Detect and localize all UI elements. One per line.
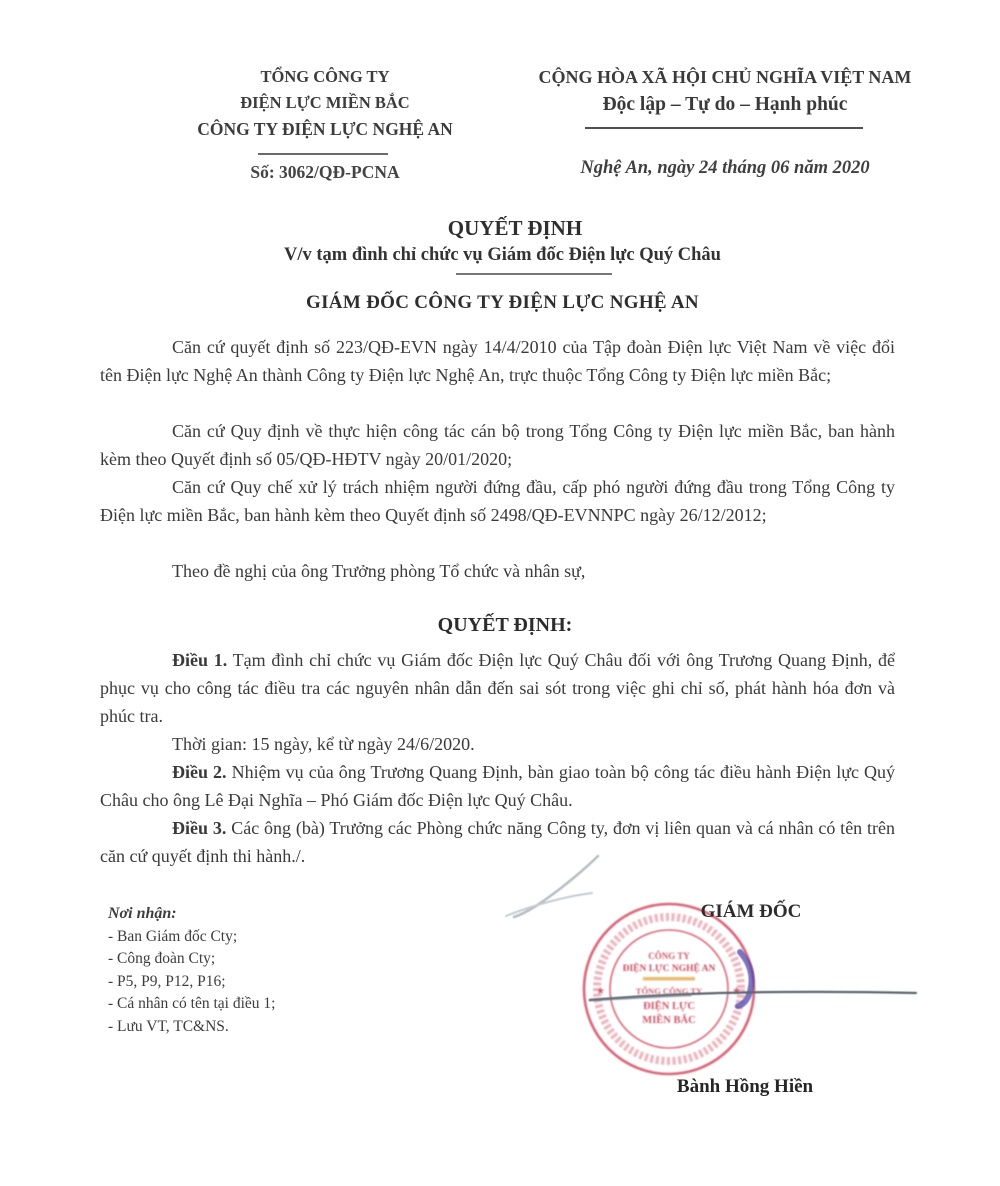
org-underline-rule: [258, 153, 388, 155]
signer-title: GIÁM ĐỐC: [636, 901, 866, 923]
article-2-label: Điều 2.: [172, 762, 227, 782]
preamble-paragraph: Căn cứ Quy định về thực hiện công tác cá…: [100, 417, 895, 473]
handwritten-signature-ink: [440, 830, 960, 1050]
signer-name: Bành Hồng Hiền: [630, 1076, 860, 1098]
article-1-label: Điều 1.: [172, 650, 227, 670]
recipient-item: - Cá nhân có tên tại điều 1;: [108, 993, 408, 1016]
preamble-paragraph: Theo đề nghị của ông Trưởng phòng Tổ chứ…: [100, 557, 895, 585]
subject-underline-rule: [456, 273, 612, 275]
document-title: QUYẾT ĐỊNH: [0, 216, 1000, 241]
national-motto: Độc lập – Tự do – Hạnh phúc: [505, 91, 945, 118]
document-subject: V/v tạm đình chỉ chức vụ Giám đốc Điện l…: [0, 245, 1000, 266]
recipient-item: - Ban Giám đốc Cty;: [108, 926, 408, 949]
org-parent-name: TỔNG CÔNG TY: [160, 64, 490, 90]
document-number: Số: 3062/QĐ-PCNA: [160, 162, 490, 183]
preamble-paragraph: Căn cứ Quy chế xử lý trách nhiệm người đ…: [100, 473, 895, 529]
org-parent-name-2: ĐIỆN LỰC MIỀN BẮC: [160, 90, 490, 116]
recipient-item: - Công đoàn Cty;: [108, 948, 408, 971]
scanned-decision-document: TỔNG CÔNG TY ĐIỆN LỰC MIỀN BẮC CÔNG TY Đ…: [0, 0, 1000, 1186]
article-2: Điều 2. Nhiệm vụ của ông Trương Quang Đị…: [100, 758, 895, 814]
article-3-label: Điều 3.: [172, 818, 226, 838]
article-1: Điều 1. Tạm đình chỉ chức vụ Giám đốc Đi…: [100, 646, 895, 730]
motto-underline-rule: [585, 127, 863, 129]
recipient-item: - P5, P9, P12, P16;: [108, 971, 408, 994]
recipient-item: - Lưu VT, TC&NS.: [108, 1016, 408, 1039]
decision-heading: QUYẾT ĐỊNH:: [0, 614, 1000, 637]
issuing-org-block: TỔNG CÔNG TY ĐIỆN LỰC MIỀN BẮC CÔNG TY Đ…: [160, 64, 490, 142]
org-name: CÔNG TY ĐIỆN LỰC NGHỆ AN: [160, 116, 490, 142]
issuer-heading: GIÁM ĐỐC CÔNG TY ĐIỆN LỰC NGHỆ AN: [0, 292, 1000, 314]
recipients-heading: Nơi nhận:: [108, 903, 408, 926]
ink-blob: [738, 952, 752, 1006]
recipients-block: Nơi nhận: - Ban Giám đốc Cty; - Công đoà…: [108, 903, 408, 1038]
national-title: CỘNG HÒA XÃ HỘI CHỦ NGHĨA VIỆT NAM: [505, 64, 945, 91]
preamble-paragraph: Căn cứ quyết định số 223/QĐ-EVN ngày 14/…: [100, 333, 895, 389]
national-motto-block: CỘNG HÒA XÃ HỘI CHỦ NGHĨA VIỆT NAM Độc l…: [505, 64, 945, 118]
place-date-line: Nghệ An, ngày 24 tháng 06 năm 2020: [505, 158, 945, 179]
duration-line: Thời gian: 15 ngày, kể từ ngày 24/6/2020…: [100, 730, 895, 758]
